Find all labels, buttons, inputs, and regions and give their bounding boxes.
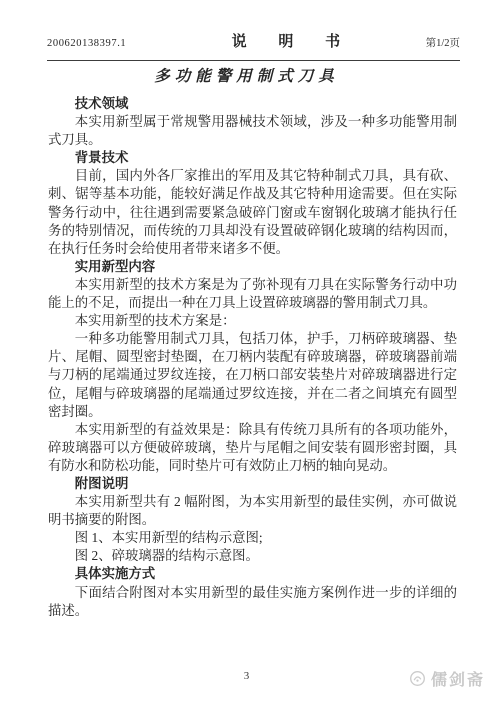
paragraph: 本实用新型属于常规警用器械技术领域，涉及一种多功能警用制式刀具。 bbox=[48, 113, 457, 149]
section-heading-background-art: 背景技术 bbox=[48, 149, 457, 167]
section-heading-utility-model-content: 实用新型内容 bbox=[48, 258, 457, 276]
watermark-seal-icon bbox=[409, 670, 426, 687]
figure-caption-2: 图 2、碎玻璃器的结构示意图。 bbox=[48, 547, 457, 565]
paragraph: 本实用新型共有 2 幅附图，为本实用新型的最佳实例，亦可做说明书摘要的附图。 bbox=[48, 493, 457, 529]
figure-caption-1: 图 1、本实用新型的结构示意图; bbox=[48, 529, 457, 547]
paragraph: 目前，国内外各厂家推出的军用及其它特种制式刀具，具有砍、刺、锯等基本功能，能较好… bbox=[48, 167, 457, 257]
paragraph: 本实用新型的有益效果是：除具有传统刀具所有的各项功能外，碎玻璃器可以方便破碎玻璃… bbox=[48, 421, 457, 475]
invention-title: 多功能警用制式刀具 bbox=[0, 64, 493, 86]
paragraph: 一种多功能警用制式刀具，包括刀体，护手，刀柄碎玻璃器、垫片、尾帽、圆型密封垫圈，… bbox=[48, 330, 457, 420]
document-body: 技术领域 本实用新型属于常规警用器械技术领域，涉及一种多功能警用制式刀具。 背景… bbox=[48, 95, 457, 620]
section-heading-specific-implementation: 具体实施方式 bbox=[48, 565, 457, 583]
application-number: 200620138397.1 bbox=[47, 38, 126, 49]
document-type-title: 说 明 书 bbox=[232, 30, 355, 51]
paragraph: 下面结合附图对本实用新型的最佳实施方案例作进一步的详细的描述。 bbox=[48, 584, 457, 620]
section-heading-technical-field: 技术领域 bbox=[48, 95, 457, 113]
patent-specification-page: 200620138397.1 说 明 书 第1/2页 多功能警用制式刀具 技术领… bbox=[0, 0, 493, 702]
section-heading-drawing-description: 附图说明 bbox=[48, 475, 457, 493]
page-indicator: 第1/2页 bbox=[426, 35, 460, 50]
watermark-text: 儒剑斋 bbox=[431, 667, 485, 690]
paragraph: 本实用新型的技术方案是： bbox=[48, 312, 457, 330]
document-header: 200620138397.1 说 明 书 第1/2页 bbox=[47, 30, 460, 61]
paragraph: 本实用新型的技术方案是为了弥补现有刀具在实际警务行动中功能上的不足，而提出一种在… bbox=[48, 276, 457, 312]
watermark: 儒剑斋 bbox=[409, 667, 485, 690]
